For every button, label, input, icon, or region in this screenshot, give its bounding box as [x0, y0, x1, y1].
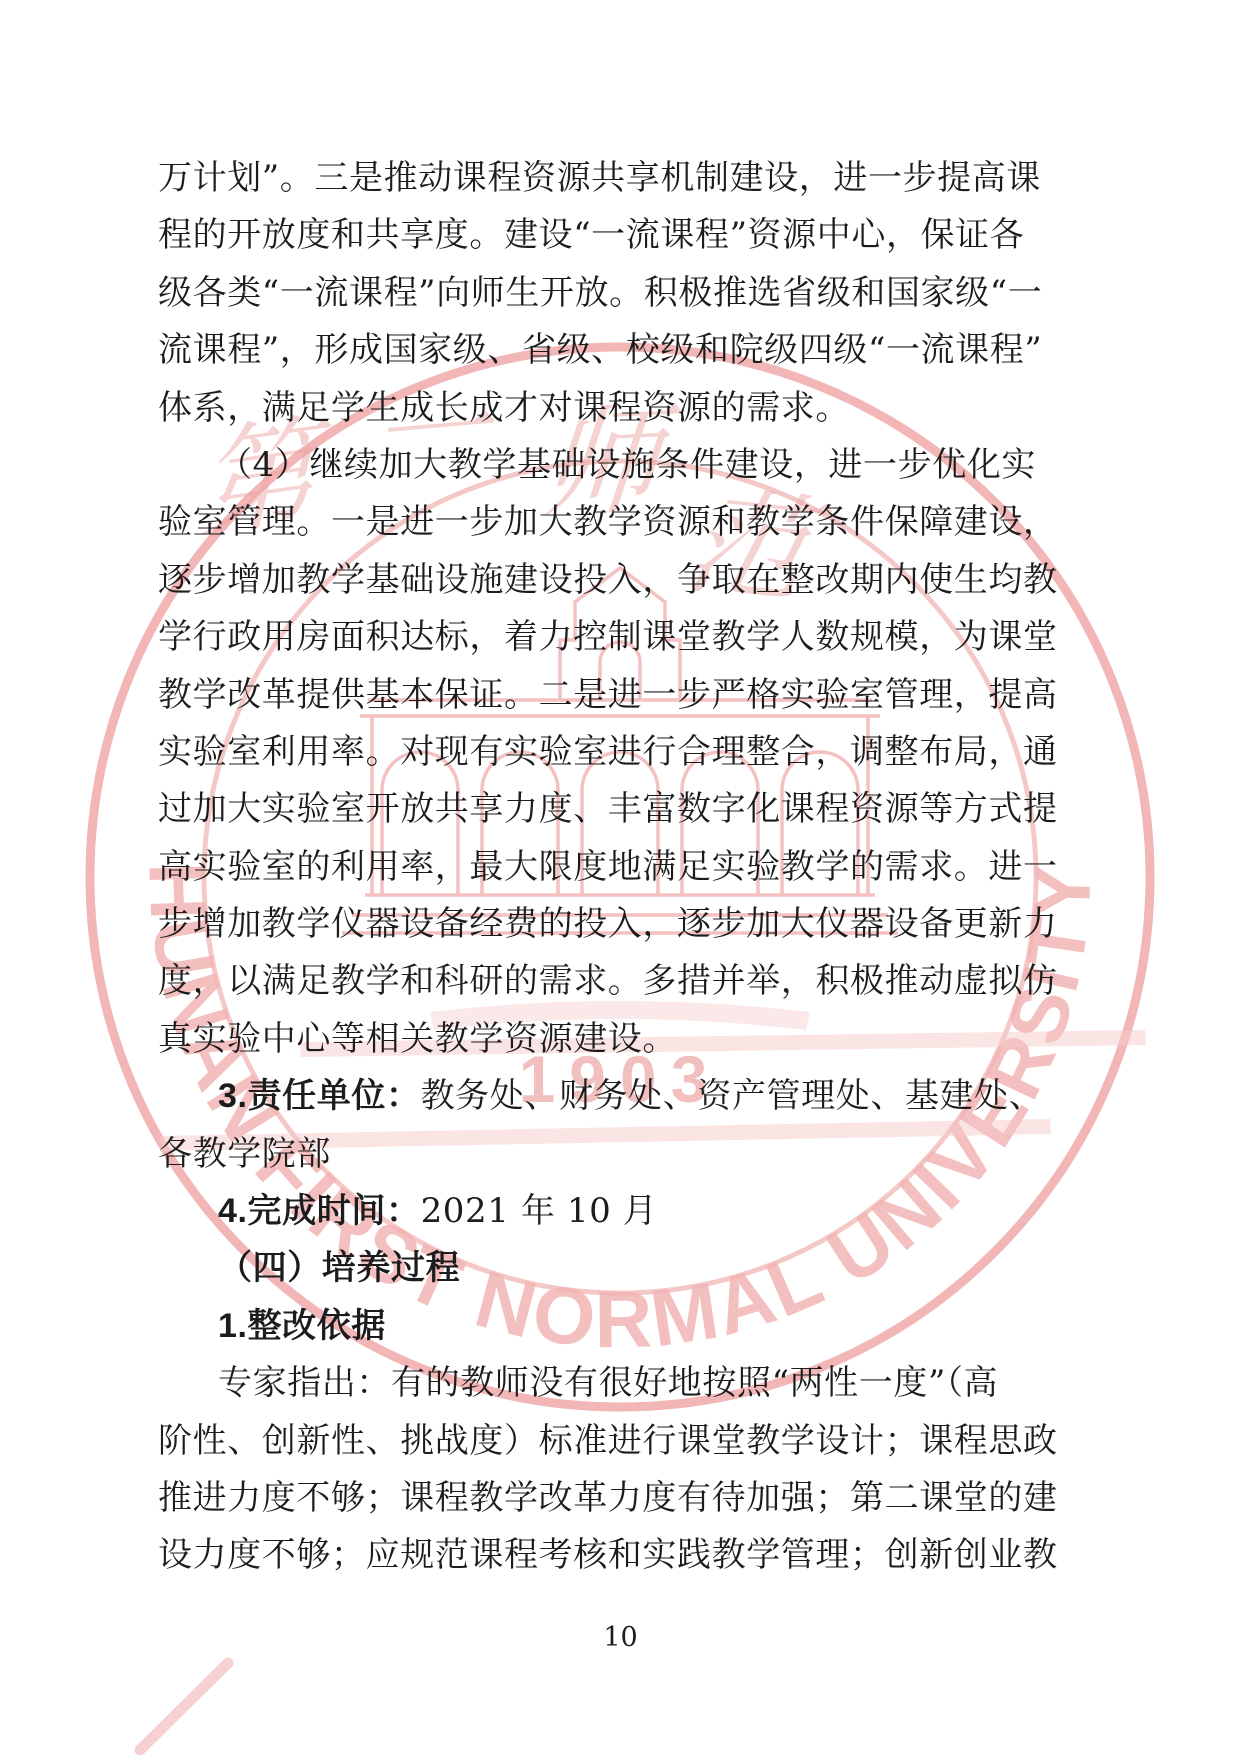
text-line: 1.整改依据: [158, 1298, 1088, 1355]
body-text: 体系，满足学生成长成才对课程资源的需求。: [158, 388, 850, 428]
text-line: 度，以满足教学和科研的需求。多措并举，积极推动虚拟仿: [158, 953, 1088, 1010]
body-text: 教学改革提供基本保证。二是进一步严格实验室管理，提高: [158, 675, 1058, 715]
document-body: 万计划”。三是推动课程资源共享机制建设，进一步提高课程的开放度和共享度。建设“一…: [158, 150, 1088, 1585]
body-text: 步增加教学仪器设备经费的投入，逐步加大仪器设备更新力: [158, 904, 1058, 944]
text-line: 高实验室的利用率，最大限度地满足实验教学的需求。进一: [158, 839, 1088, 896]
text-line: 真实验中心等相关教学资源建设。: [158, 1011, 1088, 1068]
text-line: 学行政用房面积达标，着力控制课堂教学人数规模，为课堂: [158, 609, 1088, 666]
text-line: 教学改革提供基本保证。二是进一步严格实验室管理，提高: [158, 667, 1088, 724]
document-page: HUNAN FIRST NORMAL UNIVERSITY 第一师范: [0, 0, 1241, 1755]
heading-text: 3.责任单位：: [218, 1077, 421, 1115]
text-line: 万计划”。三是推动课程资源共享机制建设，进一步提高课: [158, 150, 1088, 207]
heading-text: （四）培养过程: [218, 1249, 460, 1287]
text-line: 过加大实验室开放共享力度、丰富数字化课程资源等方式提: [158, 781, 1088, 838]
text-line: （四）培养过程: [158, 1240, 1088, 1297]
corner-brush-stroke: [140, 1663, 228, 1750]
body-text: 验室管理。一是进一步加大教学资源和教学条件保障建设，: [158, 502, 1058, 542]
heading-text: 1.整改依据: [218, 1307, 386, 1345]
body-text: 真实验中心等相关教学资源建设。: [158, 1019, 677, 1059]
page-number: 10: [0, 1622, 1241, 1653]
body-text: 教务处、财务处、资产管理处、基建处、: [421, 1076, 1044, 1116]
text-line: 3.责任单位：教务处、财务处、资产管理处、基建处、: [158, 1068, 1088, 1125]
text-line: 流课程”，形成国家级、省级、校级和院级四级“一流课程”: [158, 322, 1088, 379]
text-line: 步增加教学仪器设备经费的投入，逐步加大仪器设备更新力: [158, 896, 1088, 953]
text-line: 实验室利用率。对现有实验室进行合理整合，调整布局，通: [158, 724, 1088, 781]
body-text: 设力度不够；应规范课程考核和实践教学管理；创新创业教: [158, 1535, 1058, 1575]
body-text: 阶性、创新性、挑战度）标准进行课堂教学设计；课程思政: [158, 1421, 1058, 1461]
text-line: 专家指出：有的教师没有很好地按照“两性一度”（高: [158, 1355, 1088, 1412]
body-text: 程的开放度和共享度。建设“一流课程”资源中心，保证各: [158, 215, 1024, 255]
text-line: 程的开放度和共享度。建设“一流课程”资源中心，保证各: [158, 207, 1088, 264]
body-text: 专家指出：有的教师没有很好地按照“两性一度”（高: [218, 1363, 998, 1403]
text-line: （4）继续加大教学基础设施条件建设，进一步优化实: [158, 437, 1088, 494]
body-text: 过加大实验室开放共享力度、丰富数字化课程资源等方式提: [158, 789, 1058, 829]
body-text: （4）继续加大教学基础设施条件建设，进一步优化实: [218, 445, 1036, 485]
body-text: 各教学院部: [158, 1134, 331, 1174]
body-text: 逐步增加教学基础设施建设投入，争取在整改期内使生均教: [158, 560, 1058, 600]
body-text: 推进力度不够；课程教学改革力度有待加强；第二课堂的建: [158, 1478, 1058, 1518]
text-line: 4.完成时间：2021 年 10 月: [158, 1183, 1088, 1240]
text-line: 各教学院部: [158, 1126, 1088, 1183]
heading-text: 4.完成时间：: [218, 1192, 421, 1230]
body-text: 流课程”，形成国家级、省级、校级和院级四级“一流课程”: [158, 330, 1042, 370]
text-line: 验室管理。一是进一步加大教学资源和教学条件保障建设，: [158, 494, 1088, 551]
text-line: 推进力度不够；课程教学改革力度有待加强；第二课堂的建: [158, 1470, 1088, 1527]
text-line: 体系，满足学生成长成才对课程资源的需求。: [158, 380, 1088, 437]
body-text: 2021 年 10 月: [421, 1191, 658, 1231]
text-line: 逐步增加教学基础设施建设投入，争取在整改期内使生均教: [158, 552, 1088, 609]
body-text: 实验室利用率。对现有实验室进行合理整合，调整布局，通: [158, 732, 1058, 772]
body-text: 级各类“一流课程”向师生开放。积极推选省级和国家级“一: [158, 273, 1042, 313]
text-line: 设力度不够；应规范课程考核和实践教学管理；创新创业教: [158, 1527, 1088, 1584]
body-text: 学行政用房面积达标，着力控制课堂教学人数规模，为课堂: [158, 617, 1058, 657]
body-text: 度，以满足教学和科研的需求。多措并举，积极推动虚拟仿: [158, 961, 1058, 1001]
body-text: 高实验室的利用率，最大限度地满足实验教学的需求。进一: [158, 847, 1058, 887]
text-line: 阶性、创新性、挑战度）标准进行课堂教学设计；课程思政: [158, 1413, 1088, 1470]
body-text: 万计划”。三是推动课程资源共享机制建设，进一步提高课: [158, 158, 1041, 198]
text-line: 级各类“一流课程”向师生开放。积极推选省级和国家级“一: [158, 265, 1088, 322]
